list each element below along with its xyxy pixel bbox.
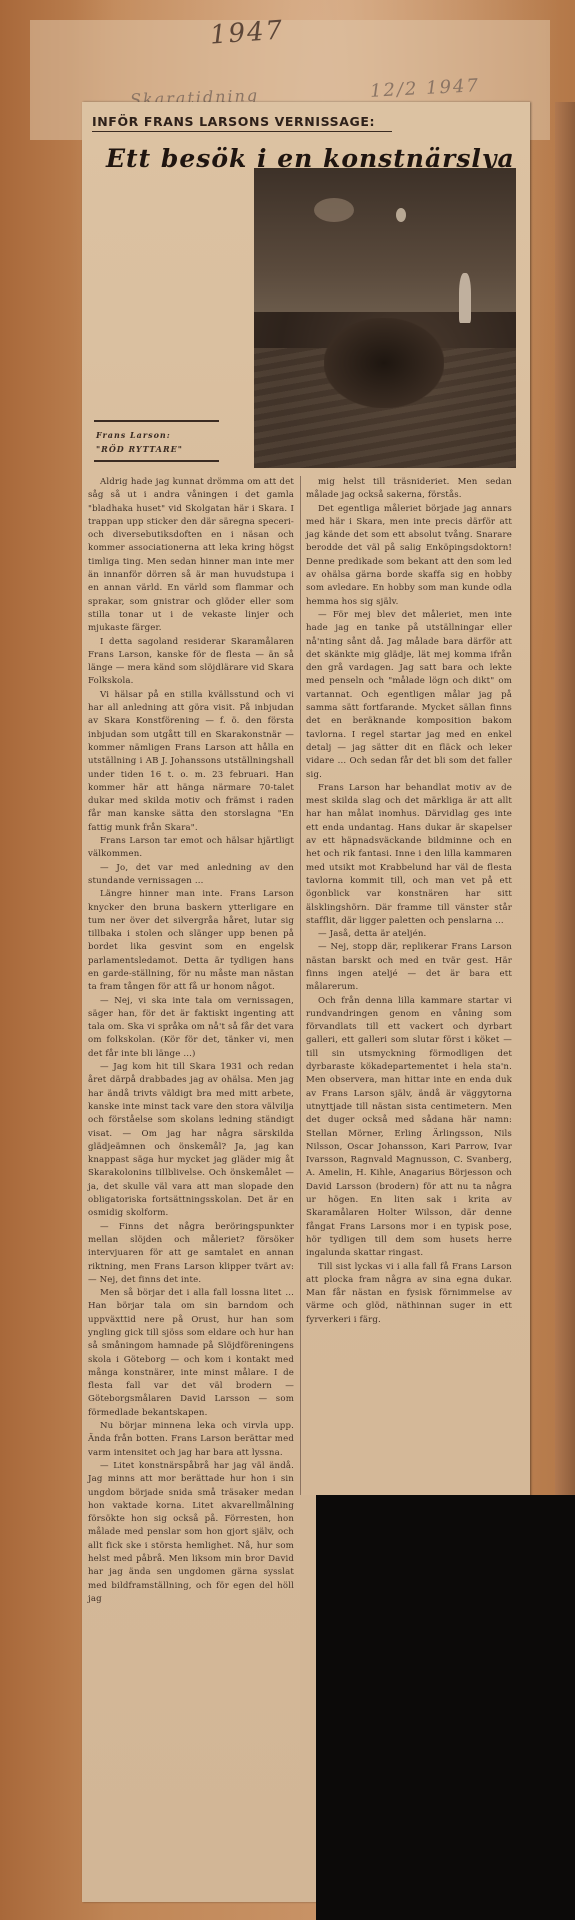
article-paragraph: — Jaså, detta är ateljén.: [306, 928, 512, 941]
photo-cloud: [314, 198, 354, 222]
article-paragraph: — För mej blev det måleriet, men inte ha…: [306, 609, 512, 782]
article-paragraph: — Jo, det var med anledning av den stund…: [88, 862, 294, 889]
article-paragraph: Frans Larson har behandlat motiv av de m…: [306, 782, 512, 928]
article-paragraph: mig helst till träsnideriet. Men sedan m…: [306, 476, 512, 503]
caption-rule-bottom: [94, 460, 219, 462]
dark-background: [316, 1495, 575, 1920]
article-column-left: Aldrig hade jag kunnat drömma om att det…: [88, 476, 294, 1886]
caption-rule-top: [94, 420, 219, 422]
photo-sail: [459, 273, 471, 323]
photo-moon: [396, 208, 406, 222]
article-column-right: mig helst till träsnideriet. Men sedan m…: [306, 476, 512, 1501]
photo-sky: [254, 168, 516, 312]
photo-rider: [324, 318, 444, 408]
photo-caption: Frans Larson: "RÖD RYTTARE": [96, 428, 236, 456]
article-paragraph: Vi hälsar på en stilla kvällsstund och v…: [88, 689, 294, 835]
column-divider: [300, 476, 301, 1526]
article-paragraph: Och från denna lilla kammare startar vi …: [306, 995, 512, 1261]
caption-artist: Frans Larson:: [96, 428, 236, 442]
article-paragraph: — Jag kom hit till Skara 1931 och redan …: [88, 1061, 294, 1221]
board-edge: [555, 102, 575, 1502]
handwritten-year: 1947: [209, 15, 285, 50]
article-paragraph: — Litet konstnärspåbrå har jag väl ändå.…: [88, 1460, 294, 1606]
article-paragraph: I detta sagoland residerar Skaramålaren …: [88, 636, 294, 689]
article-paragraph: — Nej, vi ska inte tala om vernissagen, …: [88, 995, 294, 1061]
article-paragraph: — Finns det några beröringspunkter mella…: [88, 1221, 294, 1287]
article-paragraph: Det egentliga måleriet började jag annar…: [306, 503, 512, 609]
article-paragraph: — Nej, stopp där, replikerar Frans Larso…: [306, 941, 512, 994]
caption-title: "RÖD RYTTARE": [96, 442, 236, 456]
article-kicker: INFÖR FRANS LARSONS VERNISSAGE:: [92, 114, 392, 132]
clipping-strip: [300, 1495, 316, 1855]
painting-photo-icon: [254, 168, 516, 468]
article-paragraph: Längre hinner man inte. Frans Larson kny…: [88, 888, 294, 994]
article-paragraph: Till sist lyckas vi i alla fall få Frans…: [306, 1261, 512, 1327]
article-paragraph: Nu börjar minnena leka och virvla upp. Ä…: [88, 1420, 294, 1460]
article-paragraph: Men så börjar det i alla fall lossna lit…: [88, 1287, 294, 1420]
article-paragraph: Aldrig hade jag kunnat drömma om att det…: [88, 476, 294, 636]
article-paragraph: Frans Larson tar emot och hälsar hjärtli…: [88, 835, 294, 862]
